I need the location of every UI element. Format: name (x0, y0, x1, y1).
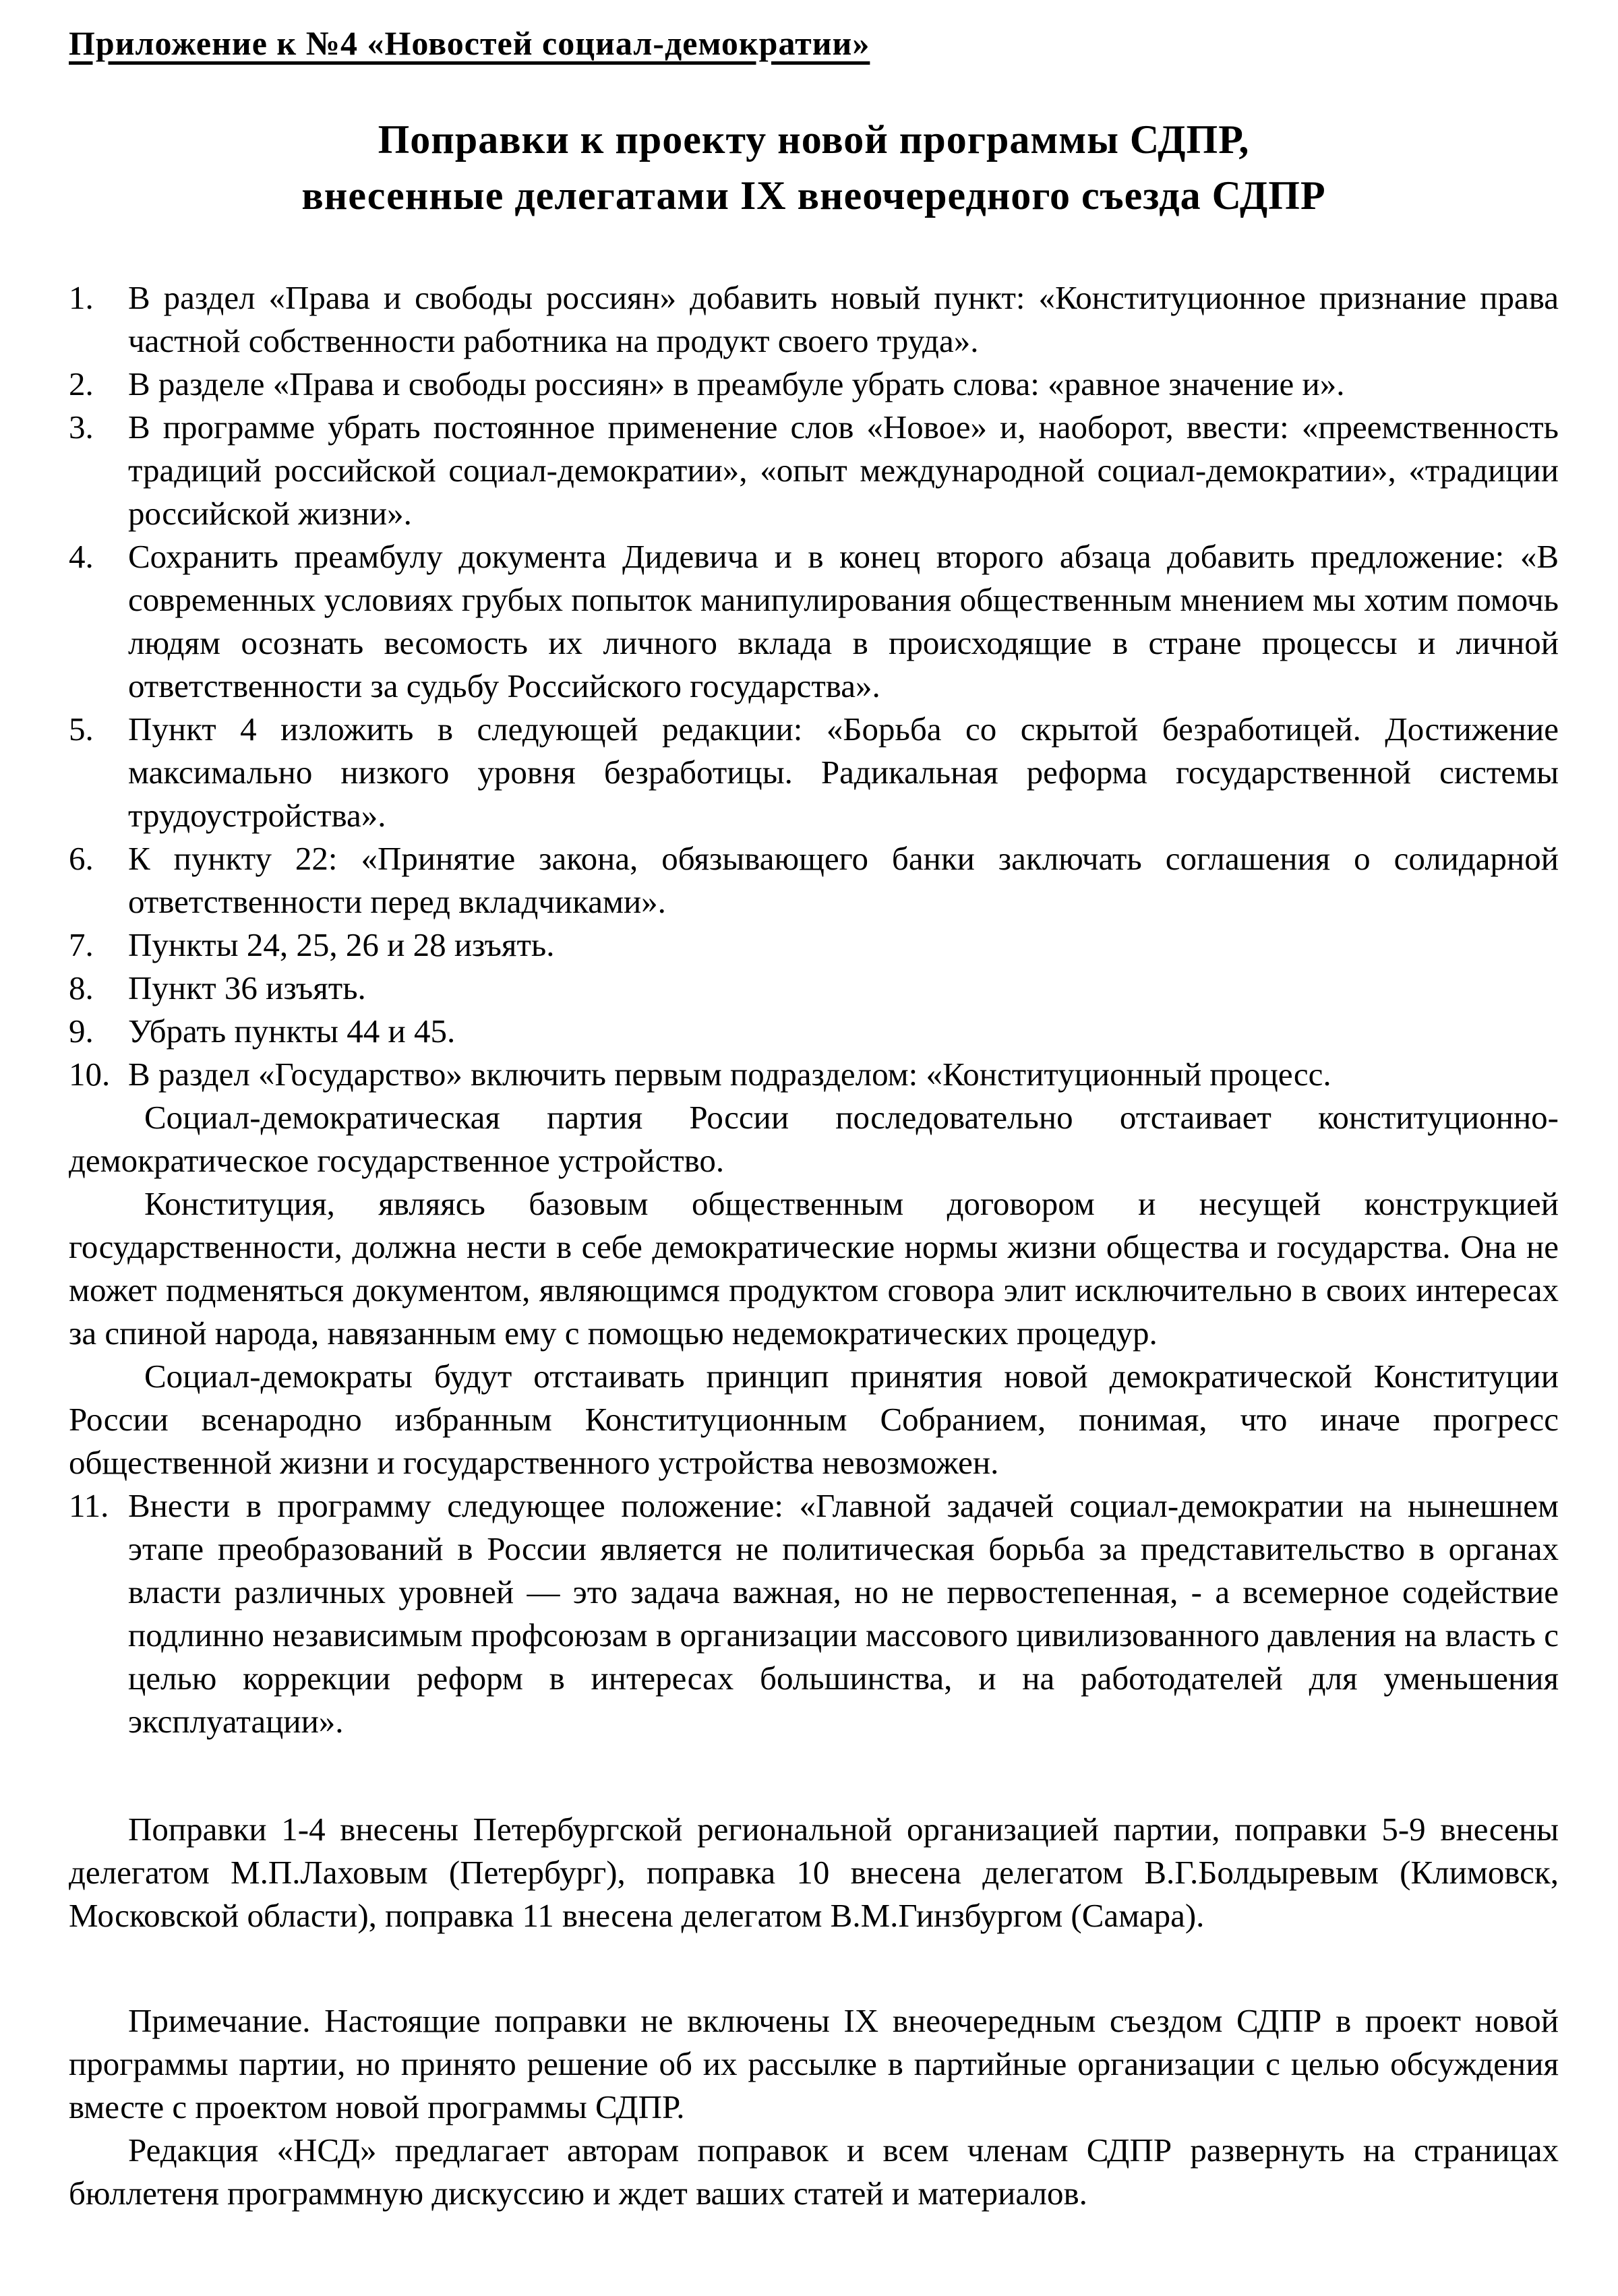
item-number: 10. (69, 1053, 128, 1096)
item-10-paragraph-2: Конституция, являясь базовым общественны… (69, 1182, 1559, 1355)
document-title: Поправки к проекту новой программы СДПР,… (69, 112, 1559, 224)
title-line-2: внесенные делегатами IX внеочередного съ… (69, 168, 1559, 224)
list-item-4: 4.Сохранить преамбулу документа Дидевича… (69, 535, 1559, 708)
item-text: Пункты 24, 25, 26 и 28 изъять. (128, 926, 554, 963)
list-item-6: 6.К пункту 22: «Принятие закона, обязыва… (69, 837, 1559, 924)
list-item-11: 11.Внести в программу следующее положени… (69, 1484, 1559, 1743)
document-page: Приложение к №4 «Новостей социал-демокра… (0, 0, 1618, 2296)
note-paragraph: Примечание. Настоящие поправки не включе… (69, 1999, 1559, 2129)
item-10-paragraph-1: Социал-демократическая партия России пос… (69, 1096, 1559, 1182)
item-text: В программе убрать постоянное применение… (128, 409, 1559, 532)
item-text: Пункт 36 изъять. (128, 969, 366, 1006)
item-text: Убрать пункты 44 и 45. (128, 1013, 455, 1050)
item-number: 11. (69, 1484, 128, 1528)
document-header: Приложение к №4 «Новостей социал-демокра… (69, 23, 1559, 63)
item-text: В разделе «Права и свободы россиян» в пр… (128, 365, 1345, 402)
item-number: 7. (69, 924, 128, 967)
note-block: Примечание. Настоящие поправки не включе… (69, 1999, 1559, 2215)
list-item-7: 7.Пункты 24, 25, 26 и 28 изъять. (69, 924, 1559, 967)
title-line-1: Поправки к проекту новой программы СДПР, (69, 112, 1559, 168)
item-10-paragraph-3: Социал-демократы будут отстаивать принци… (69, 1355, 1559, 1484)
item-text: Пункт 4 изложить в следующей редакции: «… (128, 711, 1559, 834)
item-text: Сохранить преамбулу документа Дидевича и… (128, 538, 1559, 704)
list-item-3: 3.В программе убрать постоянное применен… (69, 406, 1559, 535)
item-text: К пункту 22: «Принятие закона, обязывающ… (128, 840, 1559, 920)
item-number: 5. (69, 708, 128, 751)
list-item-8: 8.Пункт 36 изъять. (69, 967, 1559, 1010)
item-text: В раздел «Государство» включить первым п… (128, 1056, 1331, 1093)
item-number: 1. (69, 276, 128, 320)
list-item-2: 2.В разделе «Права и свободы россиян» в … (69, 363, 1559, 406)
item-number: 6. (69, 837, 128, 880)
amendments-list: 1.В раздел «Права и свободы россиян» доб… (69, 276, 1559, 1743)
editorial-paragraph: Редакция «НСД» предлагает авторам поправ… (69, 2129, 1559, 2215)
attribution-paragraph: Поправки 1-4 внесены Петербургской регио… (69, 1808, 1559, 1937)
item-number: 3. (69, 406, 128, 449)
item-number: 8. (69, 967, 128, 1010)
item-text: В раздел «Права и свободы россиян» добав… (128, 279, 1559, 359)
item-number: 9. (69, 1010, 128, 1053)
list-item-1: 1.В раздел «Права и свободы россиян» доб… (69, 276, 1559, 363)
list-item-9: 9.Убрать пункты 44 и 45. (69, 1010, 1559, 1053)
list-item-5: 5.Пункт 4 изложить в следующей редакции:… (69, 708, 1559, 837)
list-item-10: 10.В раздел «Государство» включить первы… (69, 1053, 1559, 1096)
item-number: 4. (69, 535, 128, 578)
item-number: 2. (69, 363, 128, 406)
item-text: Внести в программу следующее положение: … (128, 1487, 1559, 1740)
